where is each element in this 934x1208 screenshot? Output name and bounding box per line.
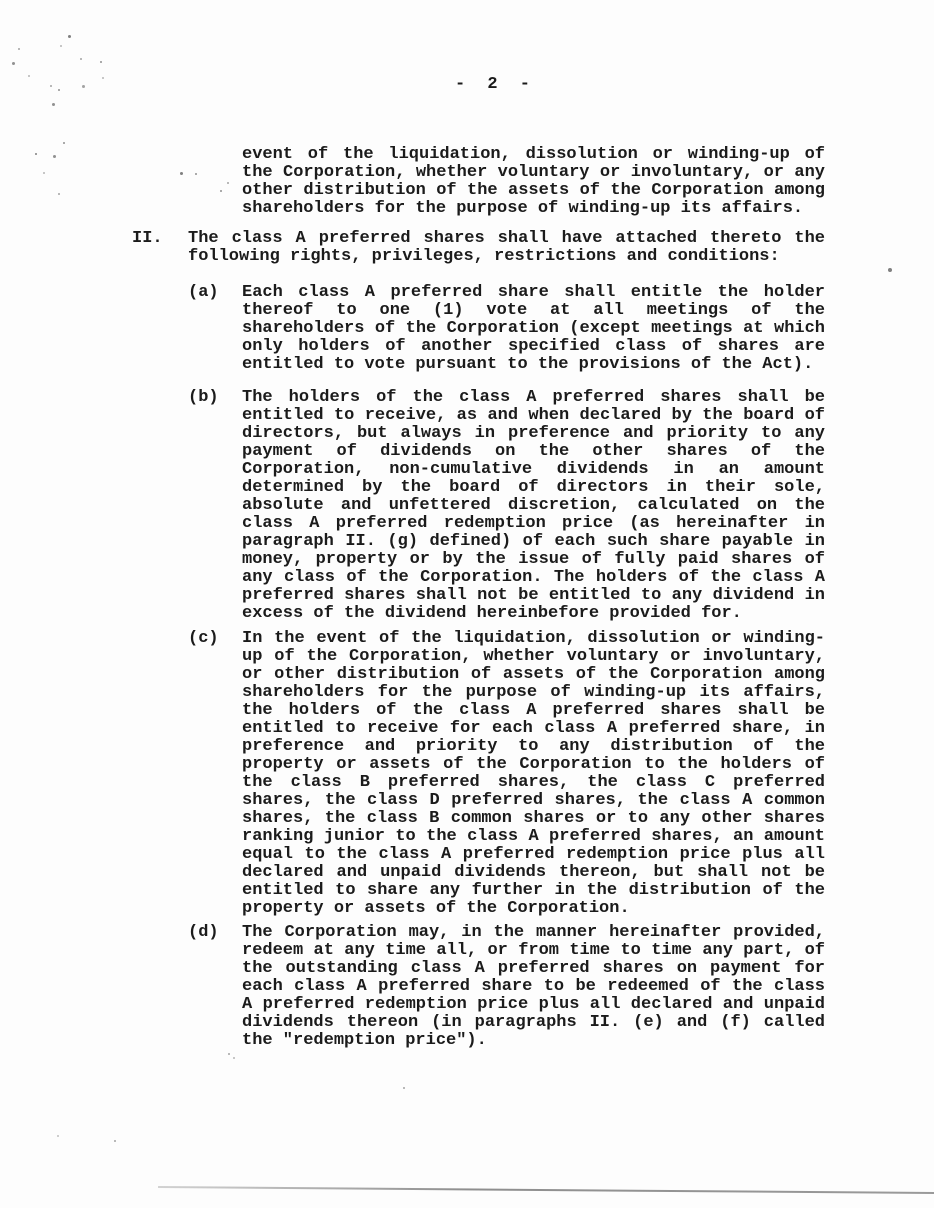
text-line: shareholders for the purpose of winding-… [242,200,825,218]
subsection-d-text: The Corporation may, in the manner herei… [242,924,825,1050]
section-ii-label: II. [132,230,163,248]
scan-speck [68,35,71,38]
subsection-d: (d) The Corporation may, in the manner h… [188,924,825,1050]
text-line: excess of the dividend hereinbefore prov… [242,605,825,623]
scan-speck [82,85,85,88]
text-line: the Corporation, whether voluntary or in… [242,164,825,182]
text-line: paragraph II. (g) defined) of each such … [242,533,825,551]
scan-speck [80,58,82,60]
scan-speck [58,89,60,91]
text-line: declared and unpaid dividends thereon, b… [242,864,825,882]
text-line: shareholders of the Corporation (except … [242,320,825,338]
text-line: money, property or by the issue of fully… [242,551,825,569]
scan-speck [50,85,52,87]
text-line: thereof to one (1) vote at all meetings … [242,302,825,320]
section-ii: II. The class A preferred shares shall h… [132,230,825,266]
scan-speck [52,103,55,106]
text-line: event of the liquidation, dissolution or… [242,146,825,164]
scan-speck [220,190,222,192]
text-line: redeem at any time all, or from time to … [242,942,825,960]
scan-speck [53,155,56,158]
scan-speck [35,153,37,155]
text-line: entitled to receive, as and when declare… [242,407,825,425]
scan-speck [403,1087,405,1089]
page-number: - 2 - [455,76,530,94]
scan-speck [28,75,30,77]
text-line: shares, the class D preferred shares, th… [242,792,825,810]
scan-speck [43,172,45,174]
text-line: shareholders for the purpose of winding-… [242,684,825,702]
scan-speck [60,45,62,47]
subsection-b-text: The holders of the class A preferred sha… [242,389,825,623]
text-line: payment of dividends on the other shares… [242,443,825,461]
scan-speck [57,1135,59,1137]
scan-speck [114,1140,116,1142]
text-line: property or assets of the Corporation to… [242,756,825,774]
text-line: equal to the class A preferred redemptio… [242,846,825,864]
text-line: determined by the board of directors in … [242,479,825,497]
subsection-c-text: In the event of the liquidation, dissolu… [242,630,825,918]
scan-speck [100,61,102,63]
subsection-b-label: (b) [188,389,219,407]
text-line: absolute and unfettered discretion, calc… [242,497,825,515]
subsection-a-text: Each class A preferred share shall entit… [242,284,825,374]
text-line: preference and priority to any distribut… [242,738,825,756]
text-line: following rights, privileges, restrictio… [188,248,825,266]
text-line: ranking junior to the class A preferred … [242,828,825,846]
text-line: In the event of the liquidation, dissolu… [242,630,825,648]
subsection-d-label: (d) [188,924,219,942]
scan-speck [12,62,15,65]
text-line: The holders of the class A preferred sha… [242,389,825,407]
scanned-document-page: - 2 - event of the liquidation, dissolut… [0,0,934,1208]
text-line: other distribution of the assets of the … [242,182,825,200]
subsection-b: (b) The holders of the class A preferred… [188,389,825,623]
text-line: preferred shares shall not be entitled t… [242,587,825,605]
text-line: entitled to vote pursuant to the provisi… [242,356,825,374]
subsection-c-label: (c) [188,630,219,648]
text-line: the outstanding class A preferred shares… [242,960,825,978]
scan-speck [18,48,20,50]
scan-speck [233,1057,235,1059]
scan-edge-line [158,1186,934,1194]
subsection-a: (a) Each class A preferred share shall e… [188,284,825,374]
text-line: directors, but always in preference and … [242,425,825,443]
text-line: entitled to receive for each class A pre… [242,720,825,738]
text-line: the holders of the class A preferred sha… [242,702,825,720]
scan-speck [888,268,892,272]
text-line: class A preferred redemption price (as h… [242,515,825,533]
subsection-a-label: (a) [188,284,219,302]
text-line: the "redemption price"). [242,1032,825,1050]
continuation-paragraph: event of the liquidation, dissolution or… [242,146,825,218]
text-line: dividends thereon (in paragraphs II. (e)… [242,1014,825,1032]
text-line: entitled to share any further in the dis… [242,882,825,900]
text-line: only holders of another specified class … [242,338,825,356]
scan-speck [58,193,60,195]
scan-speck [102,77,104,79]
text-line: The class A preferred shares shall have … [188,230,825,248]
text-line: Each class A preferred share shall entit… [242,284,825,302]
text-line: or other distribution of assets of the C… [242,666,825,684]
scan-speck [180,172,183,175]
scan-speck [228,1053,230,1055]
section-ii-text: The class A preferred shares shall have … [188,230,825,266]
scan-speck [63,142,65,144]
text-line: Corporation, non-cumulative dividends in… [242,461,825,479]
scan-speck [195,173,197,175]
scan-speck [227,182,229,184]
text-line: The Corporation may, in the manner herei… [242,924,825,942]
text-line: the class B preferred shares, the class … [242,774,825,792]
text-line: up of the Corporation, whether voluntary… [242,648,825,666]
text-line: each class A preferred share to be redee… [242,978,825,996]
text-line: shares, the class B common shares or to … [242,810,825,828]
text-line: property or assets of the Corporation. [242,900,825,918]
subsection-c: (c) In the event of the liquidation, dis… [188,630,825,918]
text-line: any class of the Corporation. The holder… [242,569,825,587]
text-line: A preferred redemption price plus all de… [242,996,825,1014]
